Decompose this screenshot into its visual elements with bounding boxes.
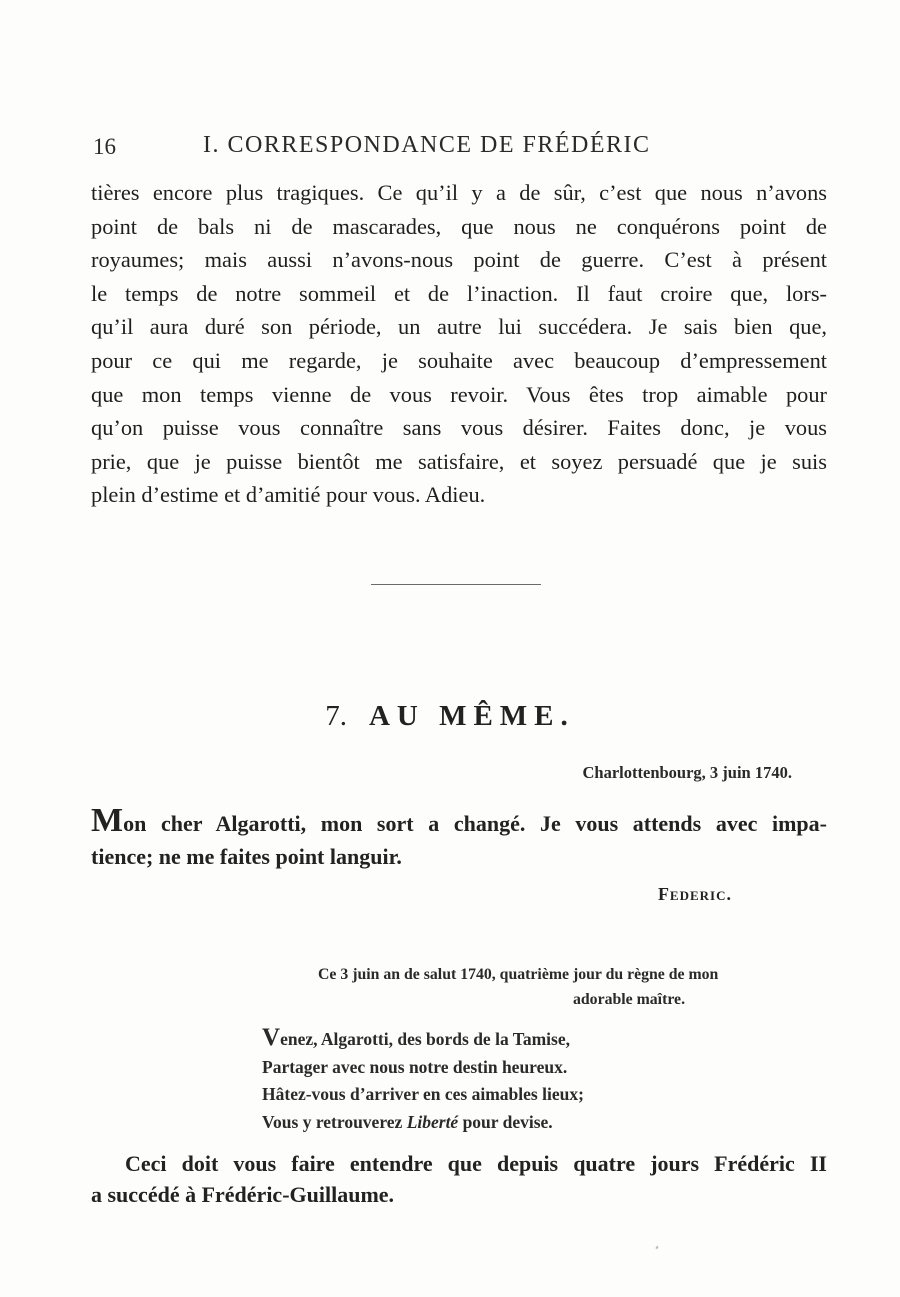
- letter-number: 7.: [325, 700, 347, 732]
- text-line: point de bals ni de mascarades, que nous…: [91, 210, 827, 244]
- text-line: tience; ne me faites point languir.: [91, 840, 827, 873]
- text-line: plein d’estime et d’amitié pour vous. Ad…: [91, 478, 827, 512]
- continued-letter-text: tières encore plus tragiques. Ce qu’il y…: [91, 176, 827, 512]
- text-line: que mon temps vienne de vous revoir. Vou…: [91, 378, 827, 412]
- note-heading-line: Ce 3 juin an de salut 1740, quatrième jo…: [318, 962, 792, 987]
- text-line: le temps de notre sommeil et de l’inacti…: [91, 277, 827, 311]
- text-line: qu’il aura duré son période, un autre lu…: [91, 310, 827, 344]
- letter-signature: Federic.: [658, 884, 732, 905]
- running-head: I. CORRESPONDANCE DE FRÉDÉRIC: [203, 132, 651, 159]
- closing-paragraph: Ceci doit vous faire entendre que depuis…: [91, 1148, 827, 1210]
- text-line: Mon cher Algarotti, mon sort a changé. J…: [91, 806, 827, 840]
- text-line: royaumes; mais aussi n’avons-nous point …: [91, 243, 827, 277]
- text-line: a succédé à Frédéric-Guillaume.: [91, 1179, 827, 1210]
- drop-cap: M: [91, 802, 123, 839]
- letter-title: 7.AU MÊME.: [0, 700, 900, 733]
- verse-initial: V: [262, 1024, 280, 1051]
- verse-line: Partager avec nous notre destin heureux.: [262, 1054, 584, 1082]
- section-separator-rule: [371, 584, 541, 585]
- letter-heading: AU MÊME.: [369, 700, 575, 732]
- text-line: pour ce qui me regarde, je souhaite avec…: [91, 344, 827, 378]
- italic-word: Liberté: [407, 1112, 459, 1132]
- page-number: 16: [93, 134, 116, 160]
- verse-block: Venez, Algarotti, des bords de la Tamise…: [262, 1024, 584, 1136]
- text-line: tières encore plus tragiques. Ce qu’il y…: [91, 176, 827, 210]
- verse-line: Venez, Algarotti, des bords de la Tamise…: [262, 1024, 584, 1054]
- text-line: Ceci doit vous faire entendre que depuis…: [91, 1148, 827, 1179]
- note-heading: Ce 3 juin an de salut 1740, quatrième jo…: [318, 962, 792, 1012]
- note-heading-line: adorable maître.: [318, 987, 792, 1012]
- text-line: prie, que je puisse bientôt me satisfair…: [91, 445, 827, 479]
- page-header: 16 I. CORRESPONDANCE DE FRÉDÉRIC: [93, 130, 833, 164]
- paper-speck: [655, 1246, 658, 1250]
- verse-line: Hâtez-vous d’arriver en ces aimables lie…: [262, 1081, 584, 1109]
- letter-dateline: Charlottenbourg, 3 juin 1740.: [583, 763, 792, 783]
- text-line: qu’on puisse vous connaître sans vous dé…: [91, 411, 827, 445]
- letter-body: Mon cher Algarotti, mon sort a changé. J…: [91, 806, 827, 873]
- verse-line: Vous y retrouverez Liberté pour devise.: [262, 1109, 584, 1137]
